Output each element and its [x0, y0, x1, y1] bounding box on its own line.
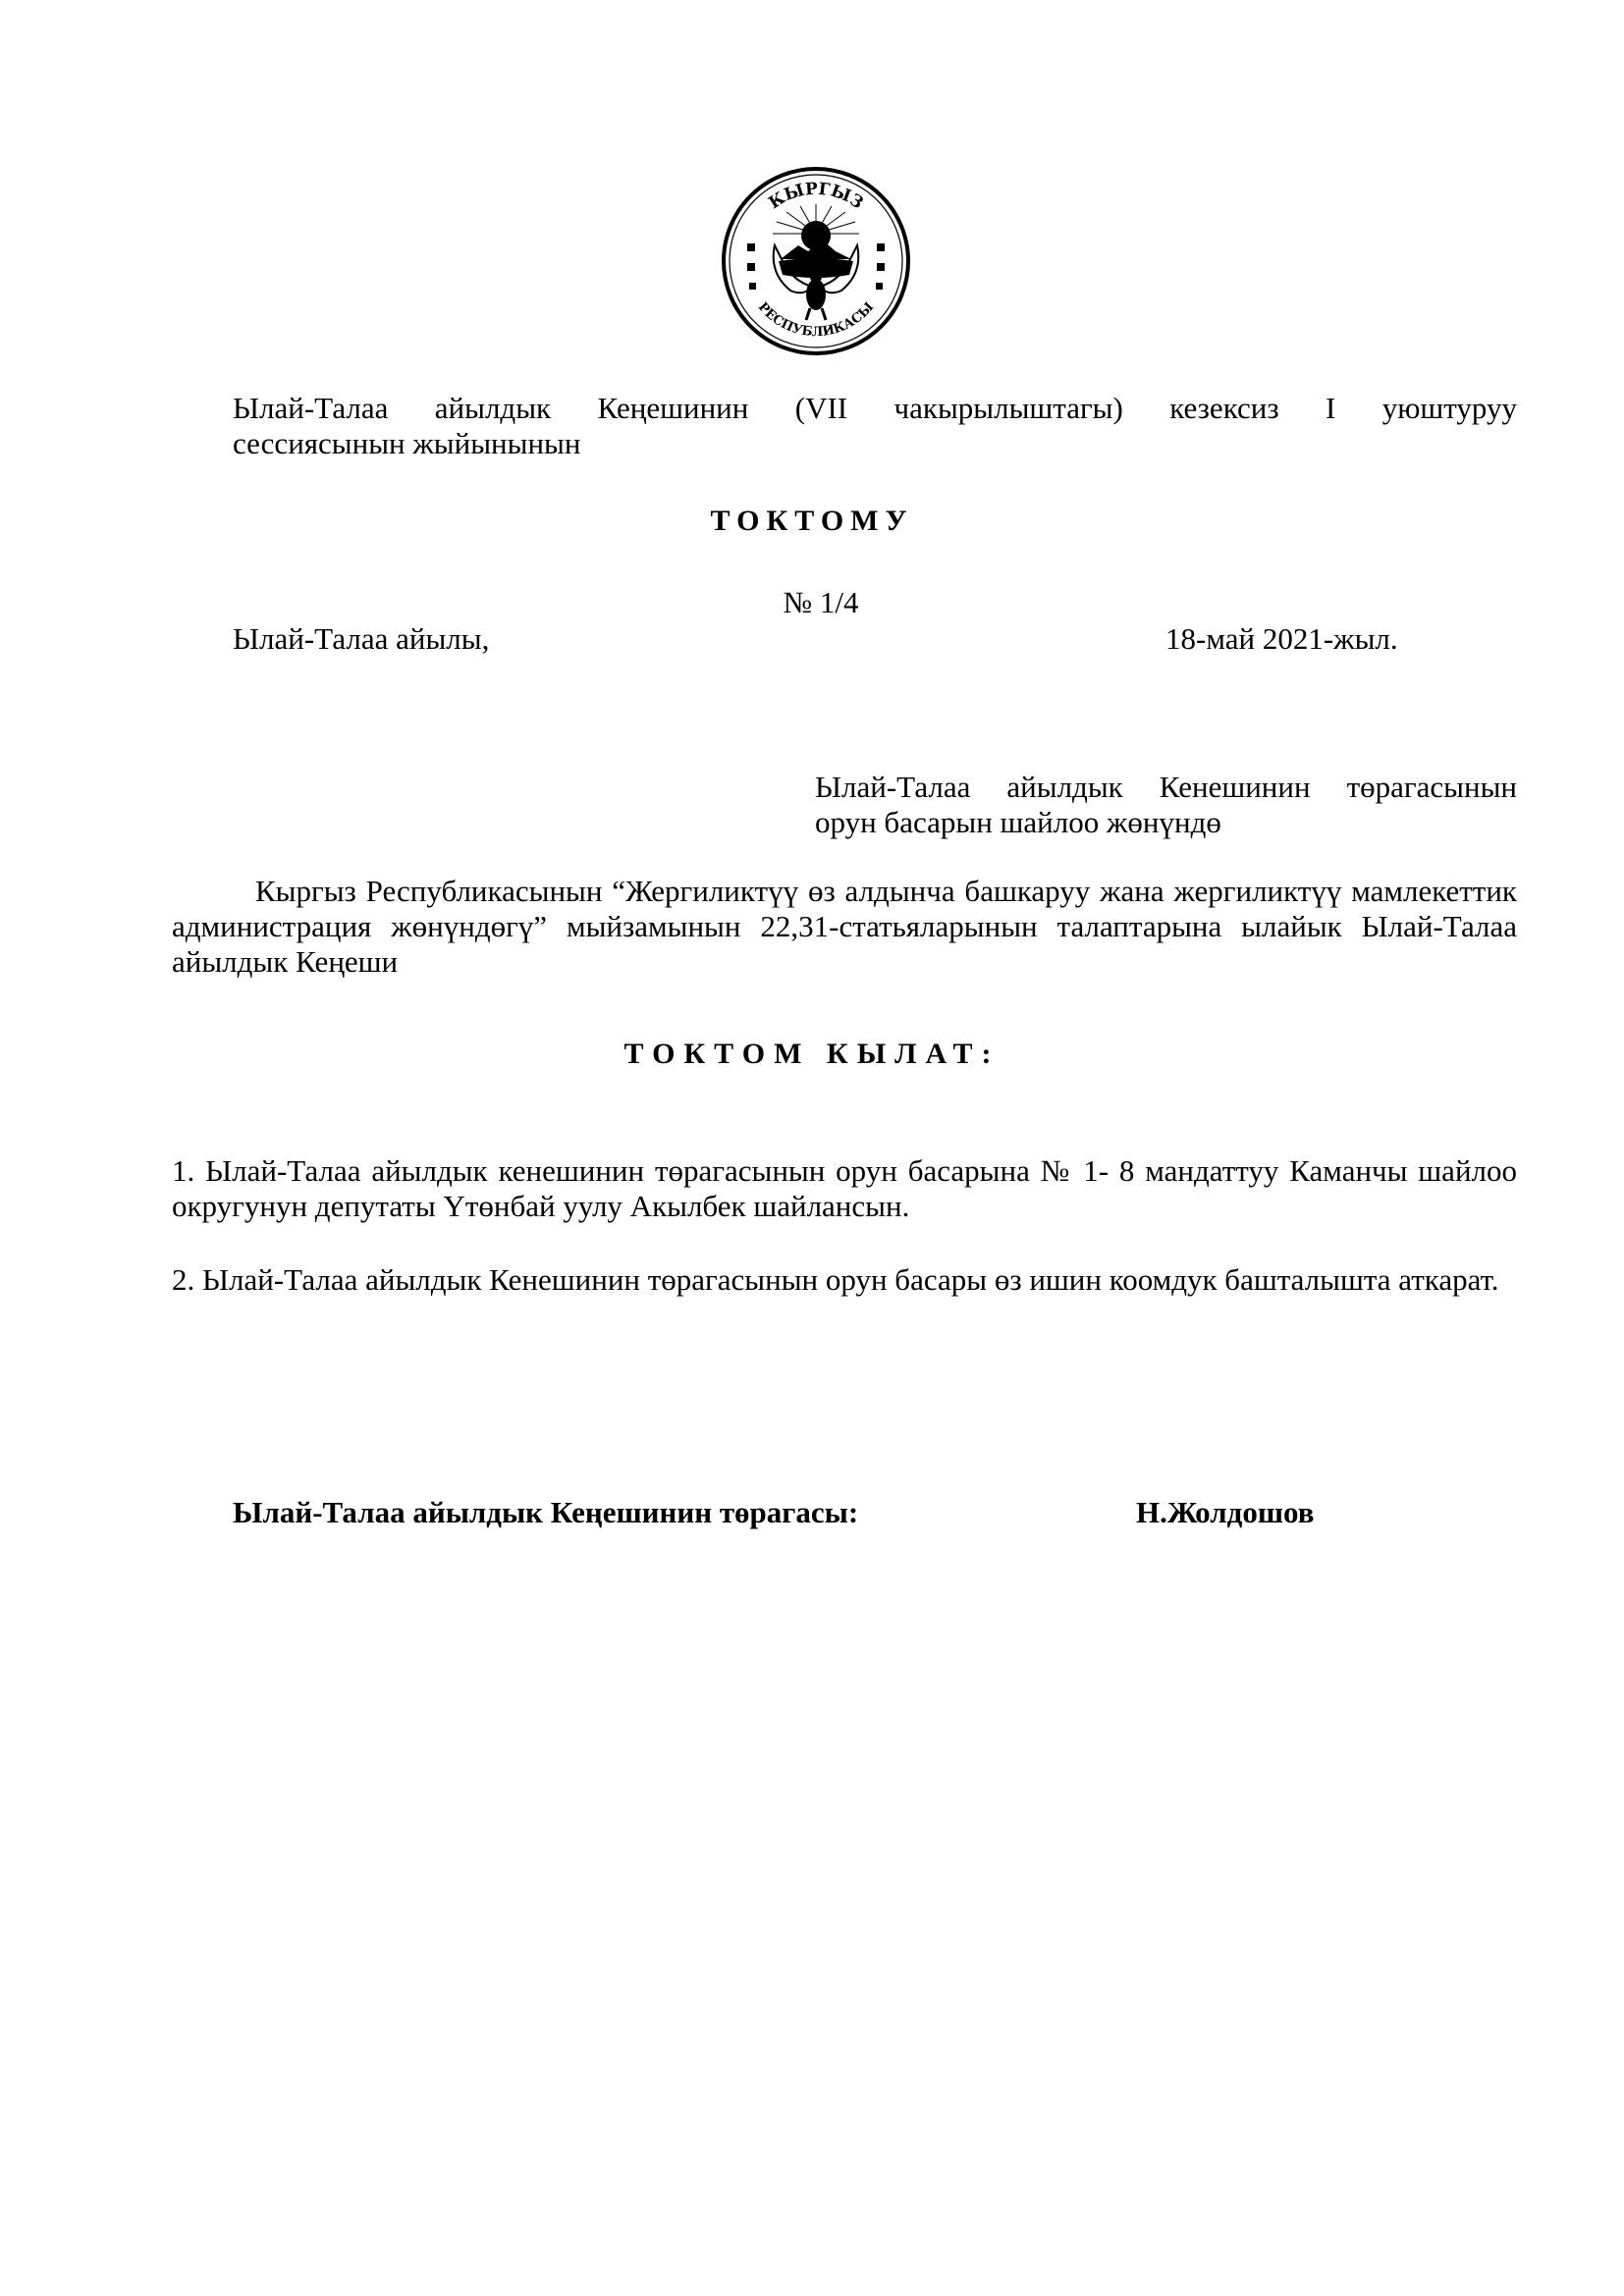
resolve-heading: ТОКТОМ КЫЛАТ:	[0, 1037, 1624, 1072]
preamble-paragraph: Кыргыз Республикасынын “Жергиликтүү өз а…	[172, 874, 1517, 980]
resolution-item-2: 2. Ылай-Талаа айылдык Кенешинин төрагасы…	[172, 1262, 1517, 1298]
subject-line-2: орун басарын шайлоо жөнүндө	[815, 805, 1221, 839]
document-title: ТОКТОМУ	[0, 504, 1624, 539]
document-subject: Ылай-Талаа айылдык Кенешинин төрагасынын…	[815, 770, 1517, 840]
signatory-name: Н.Жолдошов	[1136, 1495, 1315, 1530]
document-place: Ылай-Талаа айылы,	[233, 621, 489, 657]
signatory-title: Ылай-Талаа айылдык Кеңешинин төрагасы:	[233, 1495, 858, 1530]
document-date: 18-май 2021-жыл.	[1165, 621, 1398, 657]
resolution-item-1: 1. Ылай-Талаа айылдык кенешинин төрагасы…	[172, 1153, 1517, 1224]
session-header-line-2: сессиясынын жыйынынын	[233, 426, 580, 460]
document-number: № 1/4	[0, 585, 1624, 620]
kyrgyz-coat-of-arms-icon: КЫРГЫЗ РЕСПУБЛИКАСЫ	[720, 165, 912, 357]
subject-line-1: Ылай-Талаа айылдык Кенешинин төрагасынын	[815, 770, 1517, 805]
document-page: КЫРГЫЗ РЕСПУБЛИКАСЫ Ылай-Талаа айылдык К…	[0, 0, 1624, 2296]
session-header: Ылай-Талаа айылдык Кеңешинин (VII чакыры…	[233, 391, 1517, 461]
session-header-line-1: Ылай-Талаа айылдык Кеңешинин (VII чакыры…	[233, 391, 1517, 426]
